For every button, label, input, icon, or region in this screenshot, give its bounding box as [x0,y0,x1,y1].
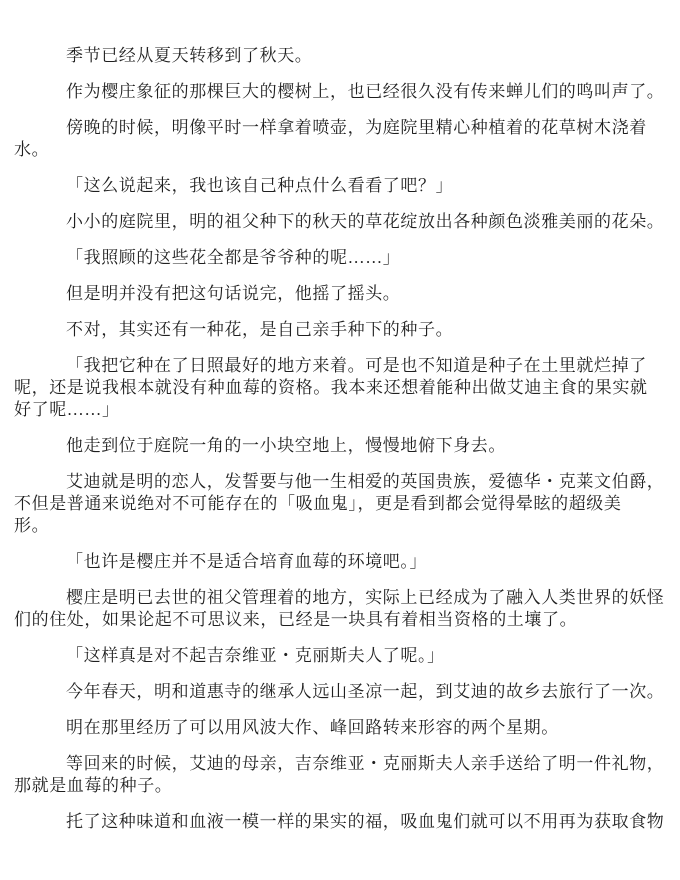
paragraph: 他走到位于庭院一角的一小块空地上，慢慢地俯下身去。 [14,435,674,457]
paragraph: 但是明并没有把这句话说完，他摇了摇头。 [14,283,674,305]
paragraph: 小小的庭院里，明的祖父种下的秋天的草花绽放出各种颜色淡雅美丽的花朵。 [14,211,674,233]
paragraph: 等回来的时候，艾迪的母亲，吉奈维亚・克丽斯夫人亲手送给了明一件礼物， 那就是血莓… [14,753,674,797]
paragraph: 傍晚的时候，明像平时一样拿着喷壶，为庭院里精心种植着的花草树木浇着 水。 [14,117,674,161]
text-line: 「也许是樱庄并不是适合培育血莓的环境吧。」 [14,551,674,573]
text-line: 「我照顾的这些花全都是爷爷种的呢……」 [14,247,674,269]
paragraph-dialogue: 「我把它种在了日照最好的地方来着。可是也不知道是种子在土里就烂掉了 呢，还是说我… [14,355,674,421]
paragraph: 不对，其实还有一种花，是自己亲手种下的种子。 [14,319,674,341]
text-line: 小小的庭院里，明的祖父种下的秋天的草花绽放出各种颜色淡雅美丽的花朵。 [14,211,674,233]
text-line: 艾迪就是明的恋人，发誓要与他一生相爱的英国贵族，爱德华・克莱文伯爵， [14,471,674,493]
document-page: 季节已经从夏天转移到了秋天。 作为樱庄象征的那棵巨大的樱树上，也已经很久没有传来… [0,0,680,880]
novel-text-body: 季节已经从夏天转移到了秋天。 作为樱庄象征的那棵巨大的樱树上，也已经很久没有传来… [14,45,674,833]
paragraph-dialogue: 「这样真是对不起吉奈维亚・克丽斯夫人了呢。」 [14,645,674,667]
paragraph: 艾迪就是明的恋人，发誓要与他一生相爱的英国贵族，爱德华・克莱文伯爵， 不但是普通… [14,471,674,537]
text-line: 形。 [14,515,674,537]
text-line: 他走到位于庭院一角的一小块空地上，慢慢地俯下身去。 [14,435,674,457]
text-line: 好了呢……」 [14,399,674,421]
text-line: 水。 [14,139,674,161]
text-line: 们的住处，如果论起不可思议来，已经是一块具有着相当资格的土壤了。 [14,609,674,631]
paragraph: 季节已经从夏天转移到了秋天。 [14,45,674,67]
text-line: 「我把它种在了日照最好的地方来着。可是也不知道是种子在土里就烂掉了 [14,355,674,377]
paragraph-dialogue: 「我照顾的这些花全都是爷爷种的呢……」 [14,247,674,269]
text-line: 傍晚的时候，明像平时一样拿着喷壶，为庭院里精心种植着的花草树木浇着 [14,117,674,139]
text-line: 明在那里经历了可以用风波大作、峰回路转来形容的两个星期。 [14,717,674,739]
paragraph: 作为樱庄象征的那棵巨大的樱树上，也已经很久没有传来蝉儿们的鸣叫声了。 [14,81,674,103]
text-line: 等回来的时候，艾迪的母亲，吉奈维亚・克丽斯夫人亲手送给了明一件礼物， [14,753,674,775]
text-line: 不对，其实还有一种花，是自己亲手种下的种子。 [14,319,674,341]
paragraph: 明在那里经历了可以用风波大作、峰回路转来形容的两个星期。 [14,717,674,739]
text-line: 「这样真是对不起吉奈维亚・克丽斯夫人了呢。」 [14,645,674,667]
text-line: 托了这种味道和血液一模一样的果实的福，吸血鬼们就可以不用再为获取食物 [14,811,674,833]
text-line: 那就是血莓的种子。 [14,775,674,797]
paragraph: 樱庄是明已去世的祖父管理着的地方，实际上已经成为了融入人类世界的妖怪 们的住处，… [14,587,674,631]
text-line: 樱庄是明已去世的祖父管理着的地方，实际上已经成为了融入人类世界的妖怪 [14,587,674,609]
text-line: 今年春天，明和道惠寺的继承人远山圣凉一起，到艾迪的故乡去旅行了一次。 [14,681,674,703]
text-line: 但是明并没有把这句话说完，他摇了摇头。 [14,283,674,305]
text-line: 「这么说起来，我也该自己种点什么看看了吧？」 [14,175,674,197]
paragraph-dialogue: 「也许是樱庄并不是适合培育血莓的环境吧。」 [14,551,674,573]
paragraph: 今年春天，明和道惠寺的继承人远山圣凉一起，到艾迪的故乡去旅行了一次。 [14,681,674,703]
text-line: 季节已经从夏天转移到了秋天。 [14,45,674,67]
text-line: 作为樱庄象征的那棵巨大的樱树上，也已经很久没有传来蝉儿们的鸣叫声了。 [14,81,674,103]
text-line: 呢，还是说我根本就没有种血莓的资格。我本来还想着能种出做艾迪主食的果实就 [14,377,674,399]
text-line: 不但是普通来说绝对不可能存在的「吸血鬼」，更是看到都会觉得晕眩的超级美 [14,493,674,515]
paragraph-dialogue: 「这么说起来，我也该自己种点什么看看了吧？」 [14,175,674,197]
paragraph: 托了这种味道和血液一模一样的果实的福，吸血鬼们就可以不用再为获取食物 [14,811,674,833]
